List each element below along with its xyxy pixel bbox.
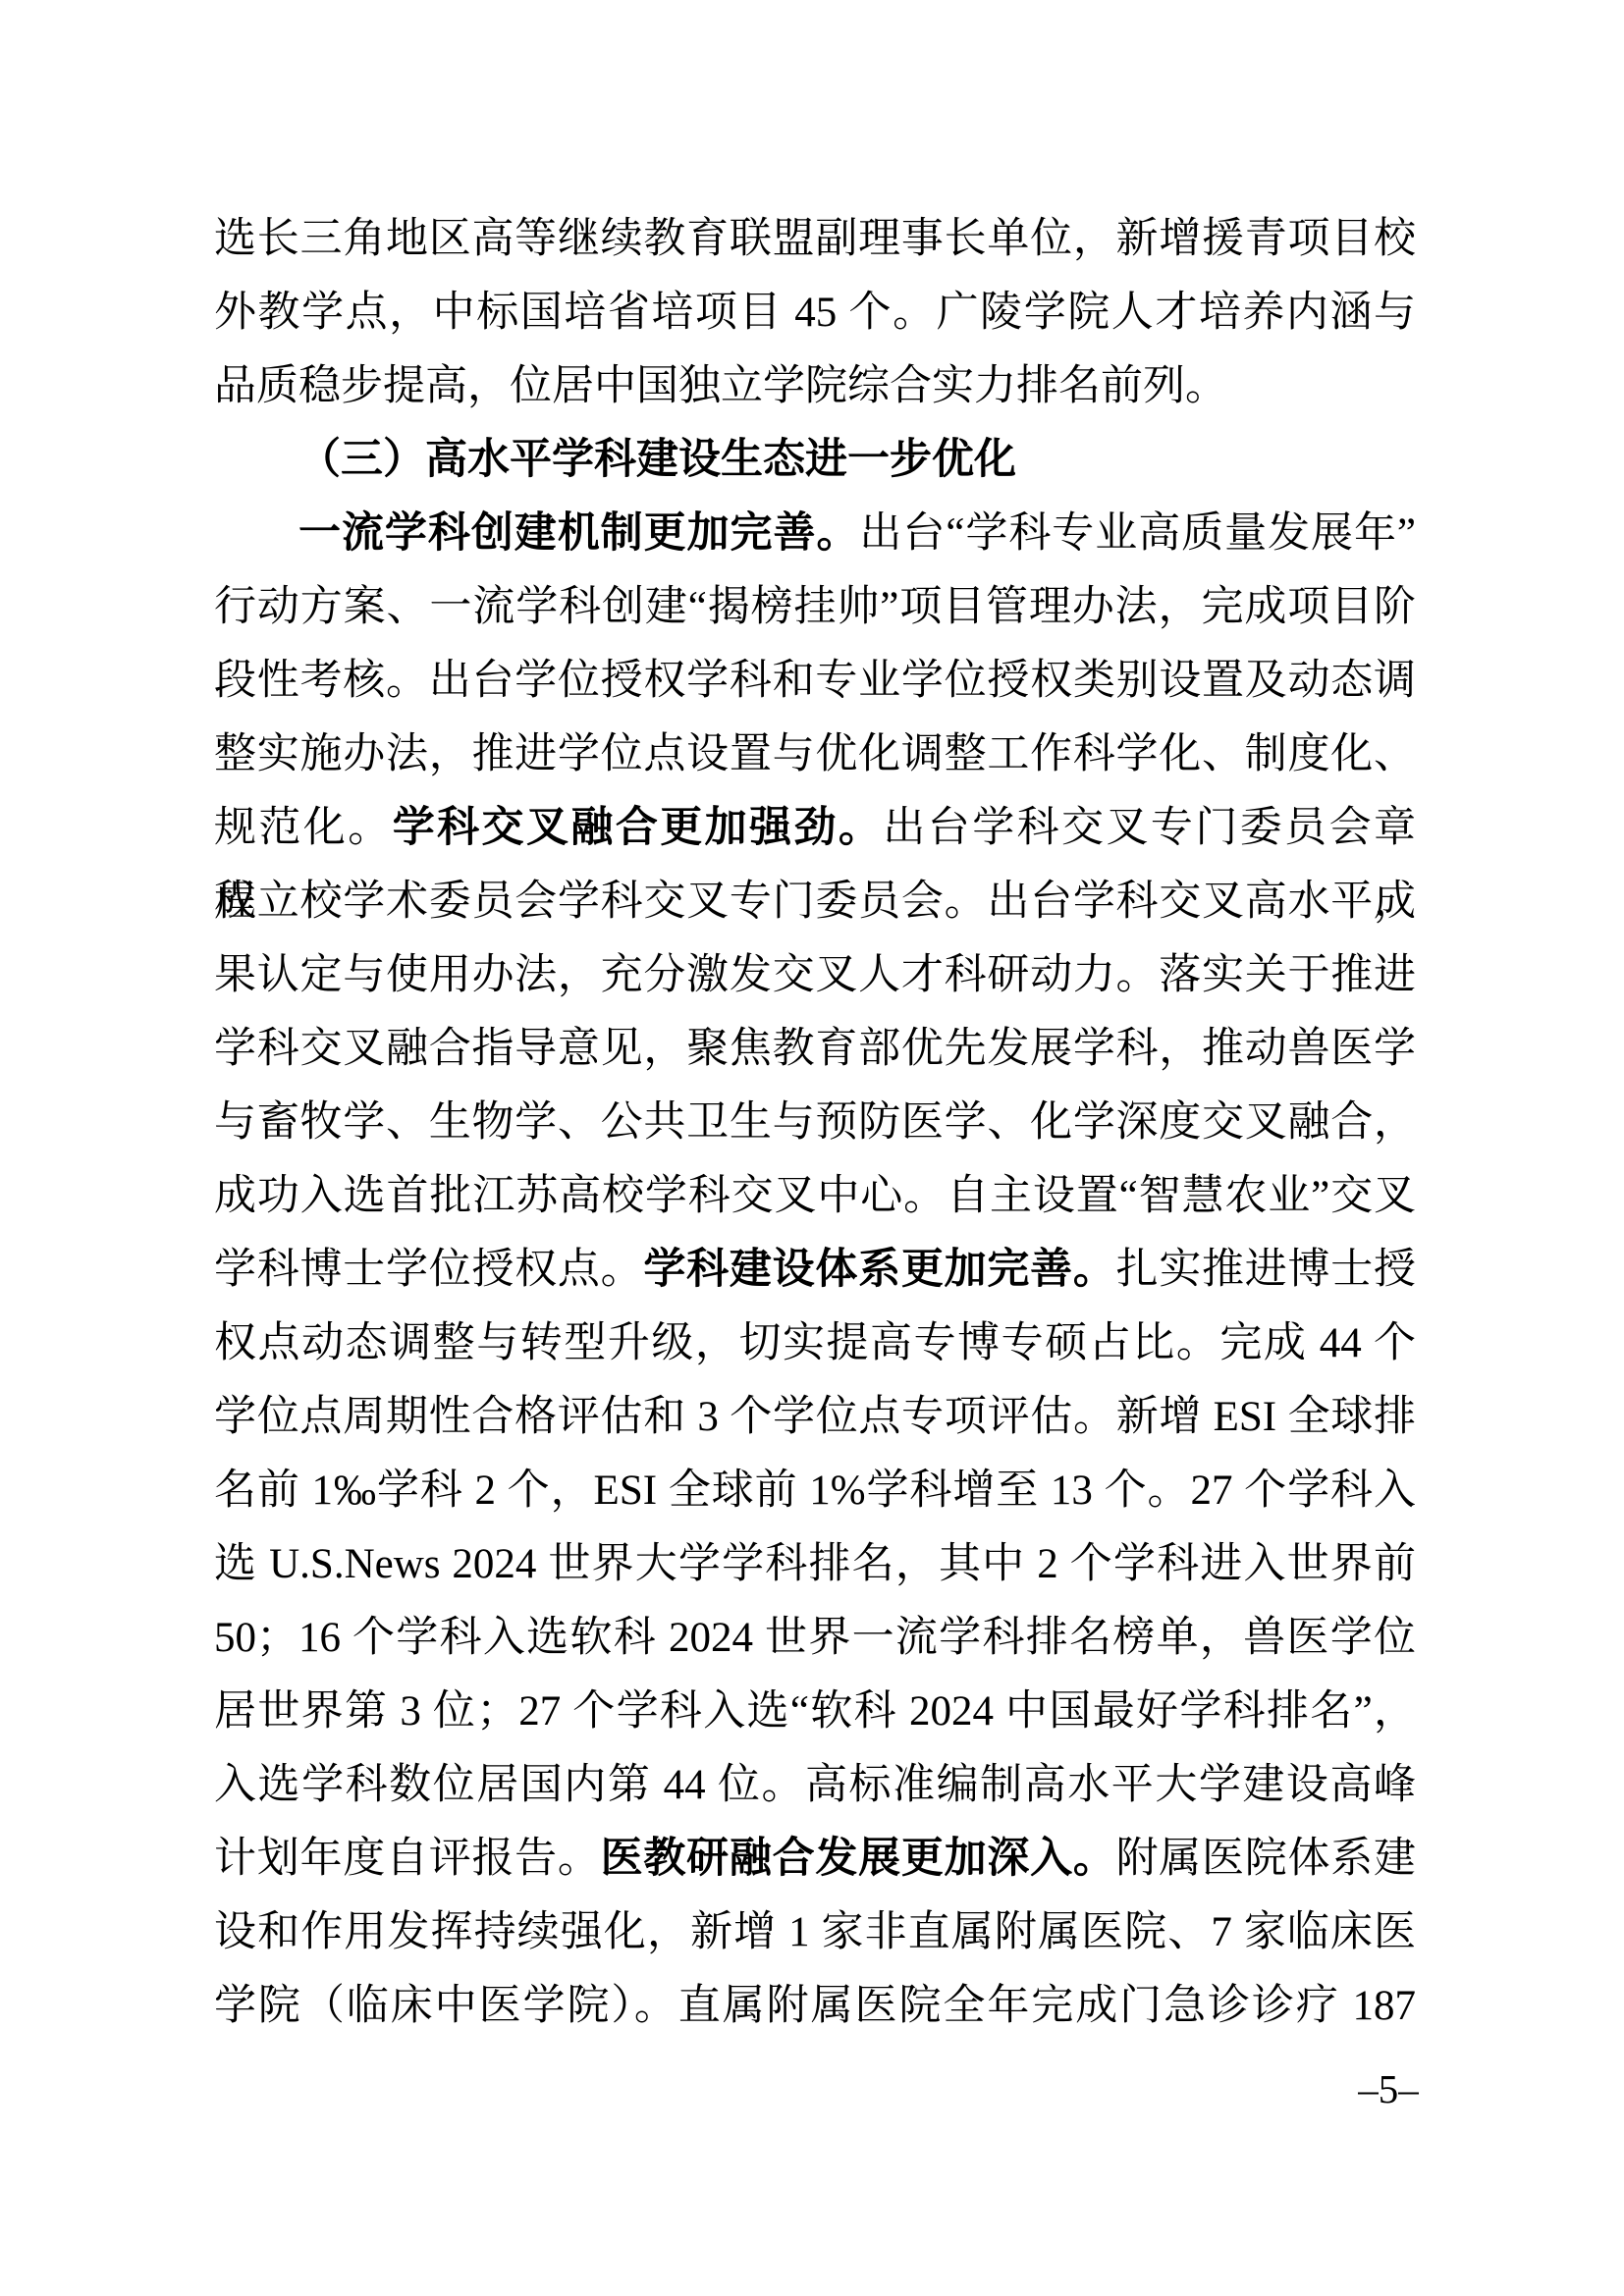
- text-line: 学院（临床中医学院）。直属附属医院全年完成门急诊诊疗 187: [214, 1969, 1416, 2043]
- text-run: 品质稳步提高，位居中国独立学院综合实力排名前列。: [214, 363, 1227, 409]
- text-run: 学位点周期性合格评估和 3 个学位点专项评估。新增 ESI 全球排: [214, 1394, 1416, 1440]
- document-body: 选长三角地区高等继续教育联盟副理事长单位，新增援青项目校外教学点，中标国培省培项…: [214, 202, 1416, 2043]
- text-run: 选长三角地区高等继续教育联盟副理事长单位，新增援青项目校: [214, 216, 1416, 262]
- text-run: 学科交叉融合指导意见，聚焦教育部优先发展学科，推动兽医学: [214, 1026, 1416, 1072]
- text-line: 外教学点，中标国培省培项目 45 个。广陵学院人才培养内涵与: [214, 276, 1416, 349]
- bold-text-run: 学科交叉融合更加强劲。: [393, 804, 884, 851]
- text-run: 出台“学科专业高质量发展年”: [859, 510, 1416, 557]
- text-run: 外教学点，中标国培省培项目 45 个。广陵学院人才培养内涵与: [214, 290, 1416, 336]
- text-line: 选 U.S.News 2024 世界大学学科排名，其中 2 个学科进入世界前: [214, 1527, 1416, 1601]
- text-run: 入选学科数位居国内第 44 位。高标准编制高水平大学建设高峰: [214, 1762, 1416, 1808]
- text-line: 学科博士学位授权点。学科建设体系更加完善。扎实推进博士授: [214, 1233, 1416, 1307]
- text-run: 名前 1‰学科 2 个，ESI 全球前 1%学科增至 13 个。27 个学科入: [214, 1468, 1416, 1514]
- bold-text-run: （三）高水平学科建设生态进一步优化: [298, 436, 1016, 483]
- text-run: 学科博士学位授权点。: [214, 1247, 643, 1293]
- text-run: 扎实推进博士授: [1116, 1247, 1416, 1293]
- text-line: 果认定与使用办法，充分激发交叉人才科研动力。落实关于推进: [214, 938, 1416, 1012]
- text-run: 50；16 个学科入选软科 2024 世界一流学科排名榜单，兽医学位: [214, 1615, 1416, 1661]
- text-line: 权点动态调整与转型升级，切实提高专博专硕占比。完成 44 个: [214, 1307, 1416, 1380]
- text-line: 名前 1‰学科 2 个，ESI 全球前 1%学科增至 13 个。27 个学科入: [214, 1454, 1416, 1527]
- text-line: 与畜牧学、生物学、公共卫生与预防医学、化学深度交叉融合，: [214, 1086, 1416, 1159]
- text-line: 50；16 个学科入选软科 2024 世界一流学科排名榜单，兽医学位: [214, 1601, 1416, 1675]
- bold-text-run: 学科建设体系更加完善。: [643, 1246, 1115, 1293]
- text-line: 整实施办法，推进学位点设置与优化调整工作科学化、制度化、: [214, 718, 1416, 791]
- text-line: 一流学科创建机制更加完善。出台“学科专业高质量发展年”: [214, 497, 1416, 570]
- section-heading: （三）高水平学科建设生态进一步优化: [214, 423, 1416, 497]
- text-run: 选 U.S.News 2024 世界大学学科排名，其中 2 个学科进入世界前: [214, 1541, 1416, 1587]
- text-line: 居世界第 3 位；27 个学科入选“软科 2024 中国最好学科排名”，: [214, 1675, 1416, 1748]
- text-run: 成立校学术委员会学科交叉专门委员会。出台学科交叉高水平成: [214, 879, 1416, 925]
- text-run: 居世界第 3 位；27 个学科入选“软科 2024 中国最好学科排名”，: [214, 1688, 1416, 1735]
- bold-text-run: 医教研融合发展更加深入。: [601, 1835, 1116, 1882]
- text-line: 学位点周期性合格评估和 3 个学位点专项评估。新增 ESI 全球排: [214, 1380, 1416, 1454]
- text-line: 行动方案、一流学科创建“揭榜挂帅”项目管理办法，完成项目阶: [214, 570, 1416, 644]
- text-run: 整实施办法，推进学位点设置与优化调整工作科学化、制度化、: [214, 731, 1416, 777]
- text-line: 入选学科数位居国内第 44 位。高标准编制高水平大学建设高峰: [214, 1748, 1416, 1822]
- text-line: 计划年度自评报告。医教研融合发展更加深入。附属医院体系建: [214, 1822, 1416, 1896]
- text-run: 设和作用发挥持续强化，新增 1 家非直属附属医院、7 家临床医: [214, 1909, 1416, 1955]
- text-line: 成立校学术委员会学科交叉专门委员会。出台学科交叉高水平成: [214, 865, 1416, 938]
- text-line: 规范化。学科交叉融合更加强劲。出台学科交叉专门委员会章程，: [214, 791, 1416, 865]
- text-run: 果认定与使用办法，充分激发交叉人才科研动力。落实关于推进: [214, 952, 1416, 998]
- text-line: 品质稳步提高，位居中国独立学院综合实力排名前列。: [214, 349, 1416, 423]
- text-run: 学院（临床中医学院）。直属附属医院全年完成门急诊诊疗 187: [214, 1983, 1416, 2029]
- text-run: 与畜牧学、生物学、公共卫生与预防医学、化学深度交叉融合，: [214, 1099, 1416, 1146]
- text-line: 选长三角地区高等继续教育联盟副理事长单位，新增援青项目校: [214, 202, 1416, 276]
- text-run: 规范化。: [214, 805, 393, 851]
- bold-text-run: 一流学科创建机制更加完善。: [298, 509, 859, 557]
- text-line: 学科交叉融合指导意见，聚焦教育部优先发展学科，推动兽医学: [214, 1012, 1416, 1086]
- text-run: 计划年度自评报告。: [214, 1836, 601, 1882]
- page-number: –5–: [1345, 2065, 1432, 2112]
- text-line: 段性考核。出台学位授权学科和专业学位授权类别设置及动态调: [214, 644, 1416, 718]
- text-run: 成功入选首批江苏高校学科交叉中心。自主设置“智慧农业”交叉: [214, 1173, 1416, 1219]
- text-run: 段性考核。出台学位授权学科和专业学位授权类别设置及动态调: [214, 658, 1416, 704]
- text-line: 成功入选首批江苏高校学科交叉中心。自主设置“智慧农业”交叉: [214, 1159, 1416, 1233]
- text-run: 行动方案、一流学科创建“揭榜挂帅”项目管理办法，完成项目阶: [214, 584, 1416, 630]
- document-page: 选长三角地区高等继续教育联盟副理事长单位，新增援青项目校外教学点，中标国培省培项…: [0, 0, 1624, 2296]
- text-run: 权点动态调整与转型升级，切实提高专博专硕占比。完成 44 个: [214, 1320, 1416, 1366]
- text-run: 附属医院体系建: [1116, 1836, 1416, 1882]
- text-line: 设和作用发挥持续强化，新增 1 家非直属附属医院、7 家临床医: [214, 1896, 1416, 1969]
